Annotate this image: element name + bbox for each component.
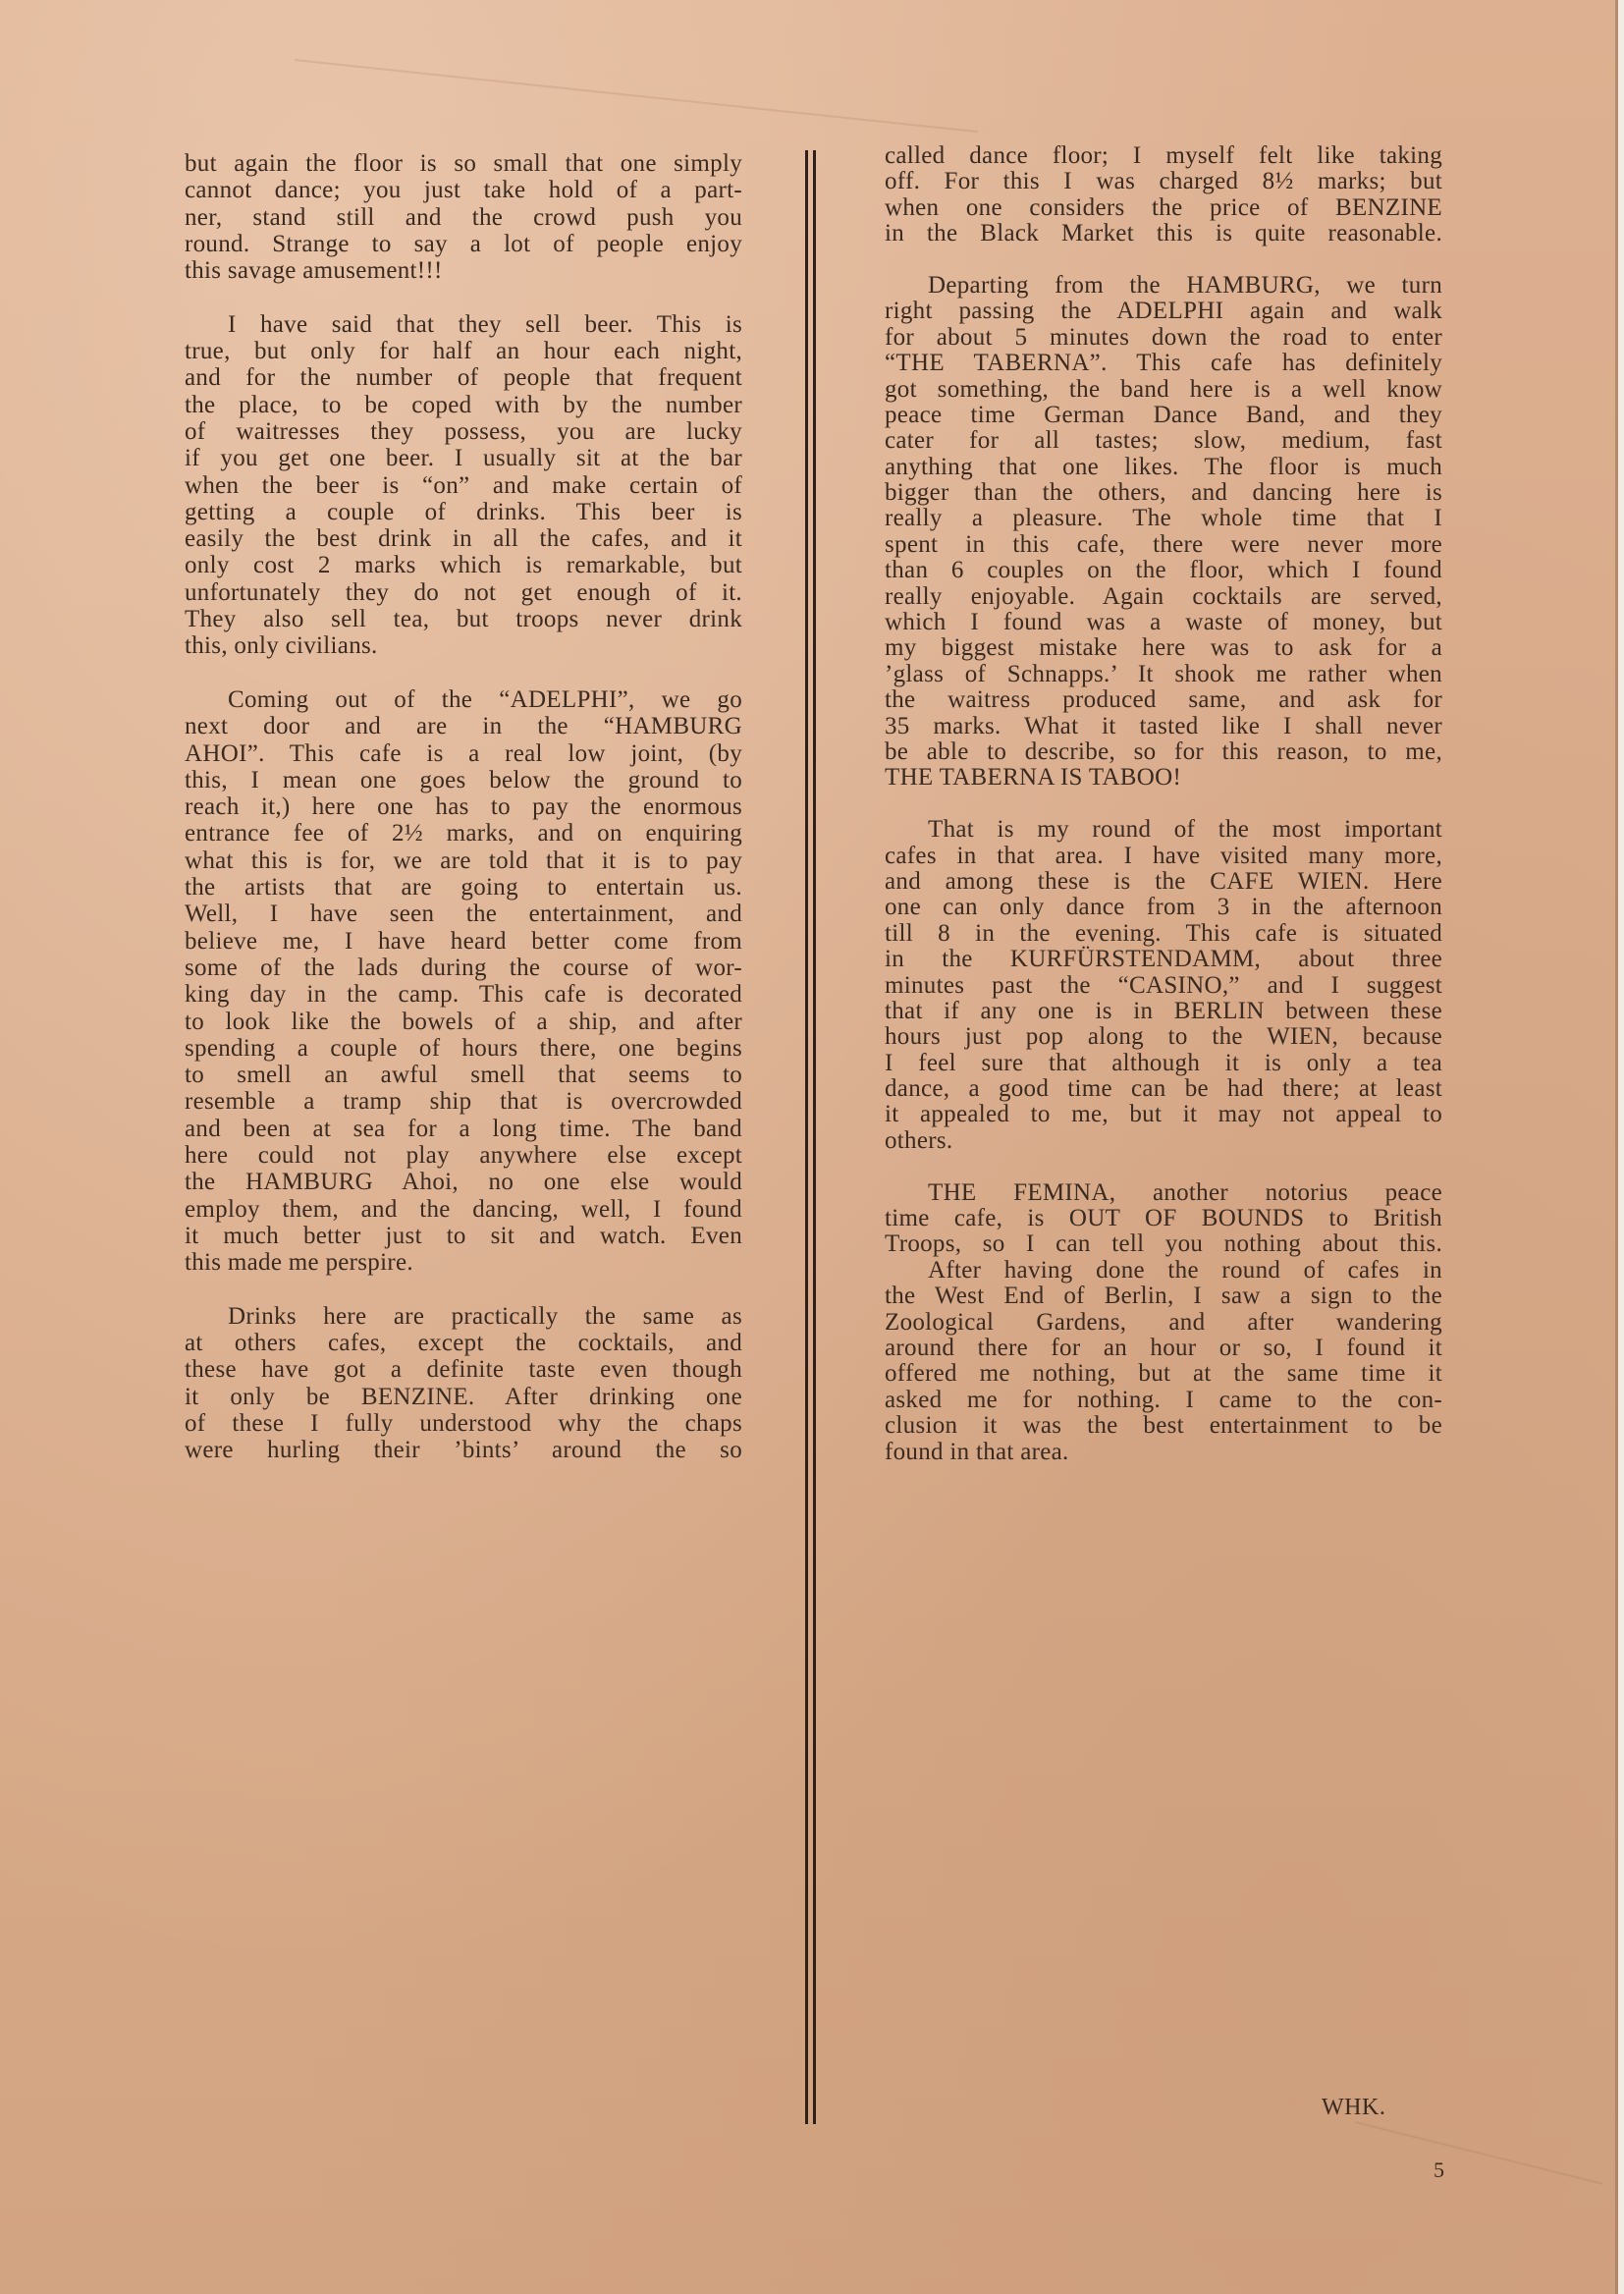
paragraph: THE FEMINA, another notorius peacetime c… bbox=[885, 1180, 1442, 1258]
text-line: I have said that they sell beer. This is bbox=[185, 311, 742, 338]
text-line: true, but only for half an hour each nig… bbox=[185, 338, 742, 364]
paragraph-gap bbox=[885, 1154, 1442, 1179]
paragraph: I have said that they sell beer. This is… bbox=[185, 311, 742, 660]
text-line: peace time German Dance Band, and they bbox=[885, 403, 1442, 428]
text-line: around there for an hour or so, I found … bbox=[885, 1336, 1442, 1361]
text-line: if you get one beer. I usually sit at th… bbox=[185, 445, 742, 471]
paragraph-gap bbox=[885, 247, 1442, 273]
paragraph: Departing from the HAMBURG, we turnright… bbox=[885, 273, 1442, 792]
text-line: this, only civilians. bbox=[185, 632, 742, 659]
paragraph: called dance floor; I myself felt like t… bbox=[885, 143, 1442, 247]
text-line: found in that area. bbox=[885, 1440, 1442, 1465]
text-line: when one considers the price of BENZINE bbox=[885, 195, 1442, 221]
text-line: the artists that are going to entertain … bbox=[185, 874, 742, 901]
text-line: in the Black Market this is quite reason… bbox=[885, 221, 1442, 246]
text-line: time cafe, is OUT OF BOUNDS to British bbox=[885, 1206, 1442, 1231]
text-line: of these I fully understood why the chap… bbox=[185, 1410, 742, 1437]
text-line: believe me, I have heard better come fro… bbox=[185, 928, 742, 955]
page-number: 5 bbox=[1434, 2157, 1444, 2183]
paragraph: After having done the round of cafes int… bbox=[885, 1258, 1442, 1465]
text-line: when the beer is “on” and make certain o… bbox=[185, 472, 742, 499]
text-line: ner, stand still and the crowd push you bbox=[185, 204, 742, 231]
text-line: easily the best drink in all the cafes, … bbox=[185, 525, 742, 552]
text-line: Coming out of the “ADELPHI”, we go bbox=[185, 686, 742, 713]
text-line: They also sell tea, but troops never dri… bbox=[185, 606, 742, 632]
text-line: at others cafes, except the cocktails, a… bbox=[185, 1330, 742, 1356]
text-line: bigger than the others, and dancing here… bbox=[885, 480, 1442, 506]
text-line: these have got a definite taste even tho… bbox=[185, 1356, 742, 1383]
text-line: only cost 2 marks which is remarkable, b… bbox=[185, 552, 742, 578]
text-line: cafes in that area. I have visited many … bbox=[885, 844, 1442, 869]
paragraph-gap bbox=[185, 660, 742, 686]
text-line: this made me perspire. bbox=[185, 1249, 742, 1276]
text-line: next door and are in the “HAMBURG bbox=[185, 713, 742, 739]
text-line: which I found was a waste of money, but bbox=[885, 610, 1442, 635]
text-line: others. bbox=[885, 1128, 1442, 1154]
text-line: minutes past the “CASINO,” and I suggest bbox=[885, 973, 1442, 999]
left-column: but again the floor is so small that one… bbox=[185, 150, 742, 1464]
paragraph-gap bbox=[185, 1276, 742, 1302]
text-line: the West End of Berlin, I saw a sign to … bbox=[885, 1284, 1442, 1309]
document-page: but again the floor is so small that one… bbox=[0, 0, 1618, 2294]
text-line: Troops, so I can tell you nothing about … bbox=[885, 1231, 1442, 1257]
divider-rule bbox=[805, 150, 808, 2124]
paragraph: Drinks here are practically the same asa… bbox=[185, 1303, 742, 1464]
paragraph-gap bbox=[185, 284, 742, 310]
text-line: resemble a tramp ship that is overcrowde… bbox=[185, 1088, 742, 1115]
text-line: this, I mean one goes below the ground t… bbox=[185, 767, 742, 793]
text-line: the HAMBURG Ahoi, no one else would bbox=[185, 1169, 742, 1195]
paragraph: Coming out of the “ADELPHI”, we gonext d… bbox=[185, 686, 742, 1277]
text-line: getting a couple of drinks. This beer is bbox=[185, 499, 742, 525]
text-line: After having done the round of cafes in bbox=[885, 1258, 1442, 1284]
text-line: asked me for nothing. I came to the con- bbox=[885, 1388, 1442, 1413]
paper-crease bbox=[295, 59, 978, 133]
text-line: what this is for, we are told that it is… bbox=[185, 847, 742, 874]
text-line: off. For this I was charged 8½ marks; bu… bbox=[885, 169, 1442, 194]
text-line: of waitresses they possess, you are luck… bbox=[185, 418, 742, 445]
text-line: some of the lads during the course of wo… bbox=[185, 955, 742, 981]
text-line: one can only dance from 3 in the afterno… bbox=[885, 895, 1442, 920]
text-line: Zoological Gardens, and after wandering bbox=[885, 1310, 1442, 1336]
author-signature: WHK. bbox=[1322, 2095, 1385, 2121]
text-line: really enjoyable. Again cocktails are se… bbox=[885, 584, 1442, 610]
text-line: That is my round of the most important bbox=[885, 817, 1442, 843]
text-line: anything that one likes. The floor is mu… bbox=[885, 455, 1442, 480]
text-line: the waitress produced same, and ask for bbox=[885, 687, 1442, 713]
text-line: but again the floor is so small that one… bbox=[185, 150, 742, 177]
text-line: offered me nothing, but at the same time… bbox=[885, 1361, 1442, 1387]
text-line: till 8 in the evening. This cafe is situ… bbox=[885, 921, 1442, 947]
text-line: clusion it was the best entertainment to… bbox=[885, 1413, 1442, 1439]
text-line: ’glass of Schnapps.’ It shook me rather … bbox=[885, 662, 1442, 687]
text-line: I feel sure that although it is only a t… bbox=[885, 1051, 1442, 1076]
text-line: THE TABERNA IS TABOO! bbox=[885, 765, 1442, 791]
divider-rule bbox=[813, 150, 816, 2124]
text-line: unfortunately they do not get enough of … bbox=[185, 579, 742, 606]
text-line: and for the number of people that freque… bbox=[185, 364, 742, 391]
text-line: here could not play anywhere else except bbox=[185, 1142, 742, 1169]
text-line: it appealed to me, but it may not appeal… bbox=[885, 1102, 1442, 1127]
text-line: to look like the bowels of a ship, and a… bbox=[185, 1009, 742, 1035]
text-line: Well, I have seen the entertainment, and bbox=[185, 901, 742, 927]
text-line: cater for all tastes; slow, medium, fast bbox=[885, 428, 1442, 454]
text-line: right passing the ADELPHI again and walk bbox=[885, 299, 1442, 324]
right-column: called dance floor; I myself felt like t… bbox=[885, 143, 1442, 1465]
text-line: in the KURFÜRSTENDAMM, about three bbox=[885, 947, 1442, 972]
text-line: the place, to be coped with by the numbe… bbox=[185, 392, 742, 418]
paragraph-gap bbox=[885, 792, 1442, 817]
text-line: dance, a good time can be had there; at … bbox=[885, 1076, 1442, 1102]
text-line: spending a couple of hours there, one be… bbox=[185, 1035, 742, 1062]
text-line: king day in the camp. This cafe is decor… bbox=[185, 981, 742, 1008]
text-line: called dance floor; I myself felt like t… bbox=[885, 143, 1442, 169]
text-line: spent in this cafe, there were never mor… bbox=[885, 532, 1442, 558]
text-line: be able to describe, so for this reason,… bbox=[885, 739, 1442, 765]
text-line: and been at sea for a long time. The ban… bbox=[185, 1116, 742, 1142]
text-line: and among these is the CAFE WIEN. Here bbox=[885, 869, 1442, 895]
text-line: got something, the band here is a well k… bbox=[885, 377, 1442, 403]
text-line: THE FEMINA, another notorius peace bbox=[885, 1180, 1442, 1206]
text-line: it only be BENZINE. After drinking one bbox=[185, 1384, 742, 1410]
paragraph: but again the floor is so small that one… bbox=[185, 150, 742, 284]
text-line: to smell an awful smell that seems to bbox=[185, 1062, 742, 1088]
text-line: were hurling their ’bints’ around the so bbox=[185, 1437, 742, 1463]
text-line: Drinks here are practically the same as bbox=[185, 1303, 742, 1330]
text-line: for about 5 minutes down the road to ent… bbox=[885, 325, 1442, 351]
text-line: that if any one is in BERLIN between the… bbox=[885, 999, 1442, 1024]
text-line: Departing from the HAMBURG, we turn bbox=[885, 273, 1442, 299]
text-line: round. Strange to say a lot of people en… bbox=[185, 231, 742, 257]
text-line: AHOI”. This cafe is a real low joint, (b… bbox=[185, 740, 742, 767]
text-line: reach it,) here one has to pay the enorm… bbox=[185, 793, 742, 820]
paragraph: That is my round of the most importantca… bbox=[885, 817, 1442, 1154]
text-line: “THE TABERNA”. This cafe has definitely bbox=[885, 351, 1442, 376]
text-line: it much better just to sit and watch. Ev… bbox=[185, 1223, 742, 1249]
paper-crease bbox=[1355, 2121, 1603, 2185]
text-line: hours just pop along to the WIEN, becaus… bbox=[885, 1024, 1442, 1050]
text-line: entrance fee of 2½ marks, and on enquiri… bbox=[185, 820, 742, 847]
text-line: 35 marks. What it tasted like I shall ne… bbox=[885, 714, 1442, 739]
column-divider bbox=[805, 150, 818, 2124]
text-line: than 6 couples on the floor, which I fou… bbox=[885, 558, 1442, 583]
text-line: employ them, and the dancing, well, I fo… bbox=[185, 1196, 742, 1223]
text-line: this savage amusement!!! bbox=[185, 257, 742, 284]
text-line: my biggest mistake here was to ask for a bbox=[885, 635, 1442, 661]
text-line: cannot dance; you just take hold of a pa… bbox=[185, 177, 742, 203]
text-line: really a pleasure. The whole time that I bbox=[885, 506, 1442, 531]
